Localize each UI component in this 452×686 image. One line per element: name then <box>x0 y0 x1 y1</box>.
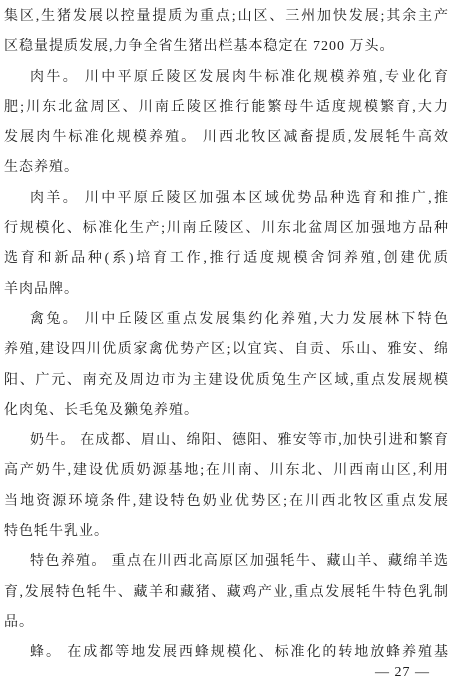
text-line: 选育和新品种(系)培育工作,推行适度规模舍饲养殖,创建优质 <box>4 244 448 274</box>
text-line: 奶牛。 在成都、眉山、绵阳、德阳、雅安等市,加快引进和繁育 <box>4 426 448 456</box>
text-line: 特色养殖。 重点在川西北高原区加强牦牛、藏山羊、藏绵羊选 <box>4 547 448 577</box>
body-text: 集区,生猪发展以控量提质为重点;山区、三州加快发展;其余主产 区稳量提质发展,力… <box>4 2 448 669</box>
text-line: 品。 <box>4 608 448 638</box>
text-line: 肉羊。 川中平原丘陵区加强本区域优势品种选育和推广,推 <box>4 184 448 214</box>
text-line: 特色牦牛乳业。 <box>4 517 448 547</box>
text-line: 区稳量提质发展,力争全省生猪出栏基本稳定在 7200 万头。 <box>4 32 448 62</box>
text-line: 羊肉品牌。 <box>4 275 448 305</box>
text-line: 肥;川东北盆周区、川南丘陵区推行能繁母牛适度规模繁育,大力 <box>4 93 448 123</box>
document-page: 集区,生猪发展以控量提质为重点;山区、三州加快发展;其余主产 区稳量提质发展,力… <box>0 0 452 686</box>
page-number: — 27 — <box>375 663 430 683</box>
text-line: 发展肉牛标准化规模养殖。 川西北牧区减畜提质,发展牦牛高效 <box>4 123 448 153</box>
text-line: 行规模化、标准化生产;川南丘陵区、川东北盆周区加强地方品种 <box>4 214 448 244</box>
text-line: 当地资源环境条件,建设特色奶业优势区;在川西北牧区重点发展 <box>4 487 448 517</box>
text-line: 化肉兔、长毛兔及獭兔养殖。 <box>4 396 448 426</box>
text-line: 养殖,建设四川优质家禽优势产区;以宜宾、自贡、乐山、雅安、绵 <box>4 335 448 365</box>
text-line: 生态养殖。 <box>4 153 448 183</box>
text-line: 高产奶牛,建设优质奶源基地;在川南、川东北、川西南山区,利用 <box>4 456 448 486</box>
text-line: 育,发展特色牦牛、藏羊和藏猪、藏鸡产业,重点发展牦牛特色乳制 <box>4 578 448 608</box>
text-line: 阳、广元、南充及周边市为主建设优质兔生产区域,重点发展规模 <box>4 366 448 396</box>
text-line: 禽兔。 川中丘陵区重点发展集约化养殖,大力发展林下特色 <box>4 305 448 335</box>
text-line: 集区,生猪发展以控量提质为重点;山区、三州加快发展;其余主产 <box>4 2 448 32</box>
text-line: 肉牛。 川中平原丘陵区发展肉牛标准化规模养殖,专业化育 <box>4 63 448 93</box>
